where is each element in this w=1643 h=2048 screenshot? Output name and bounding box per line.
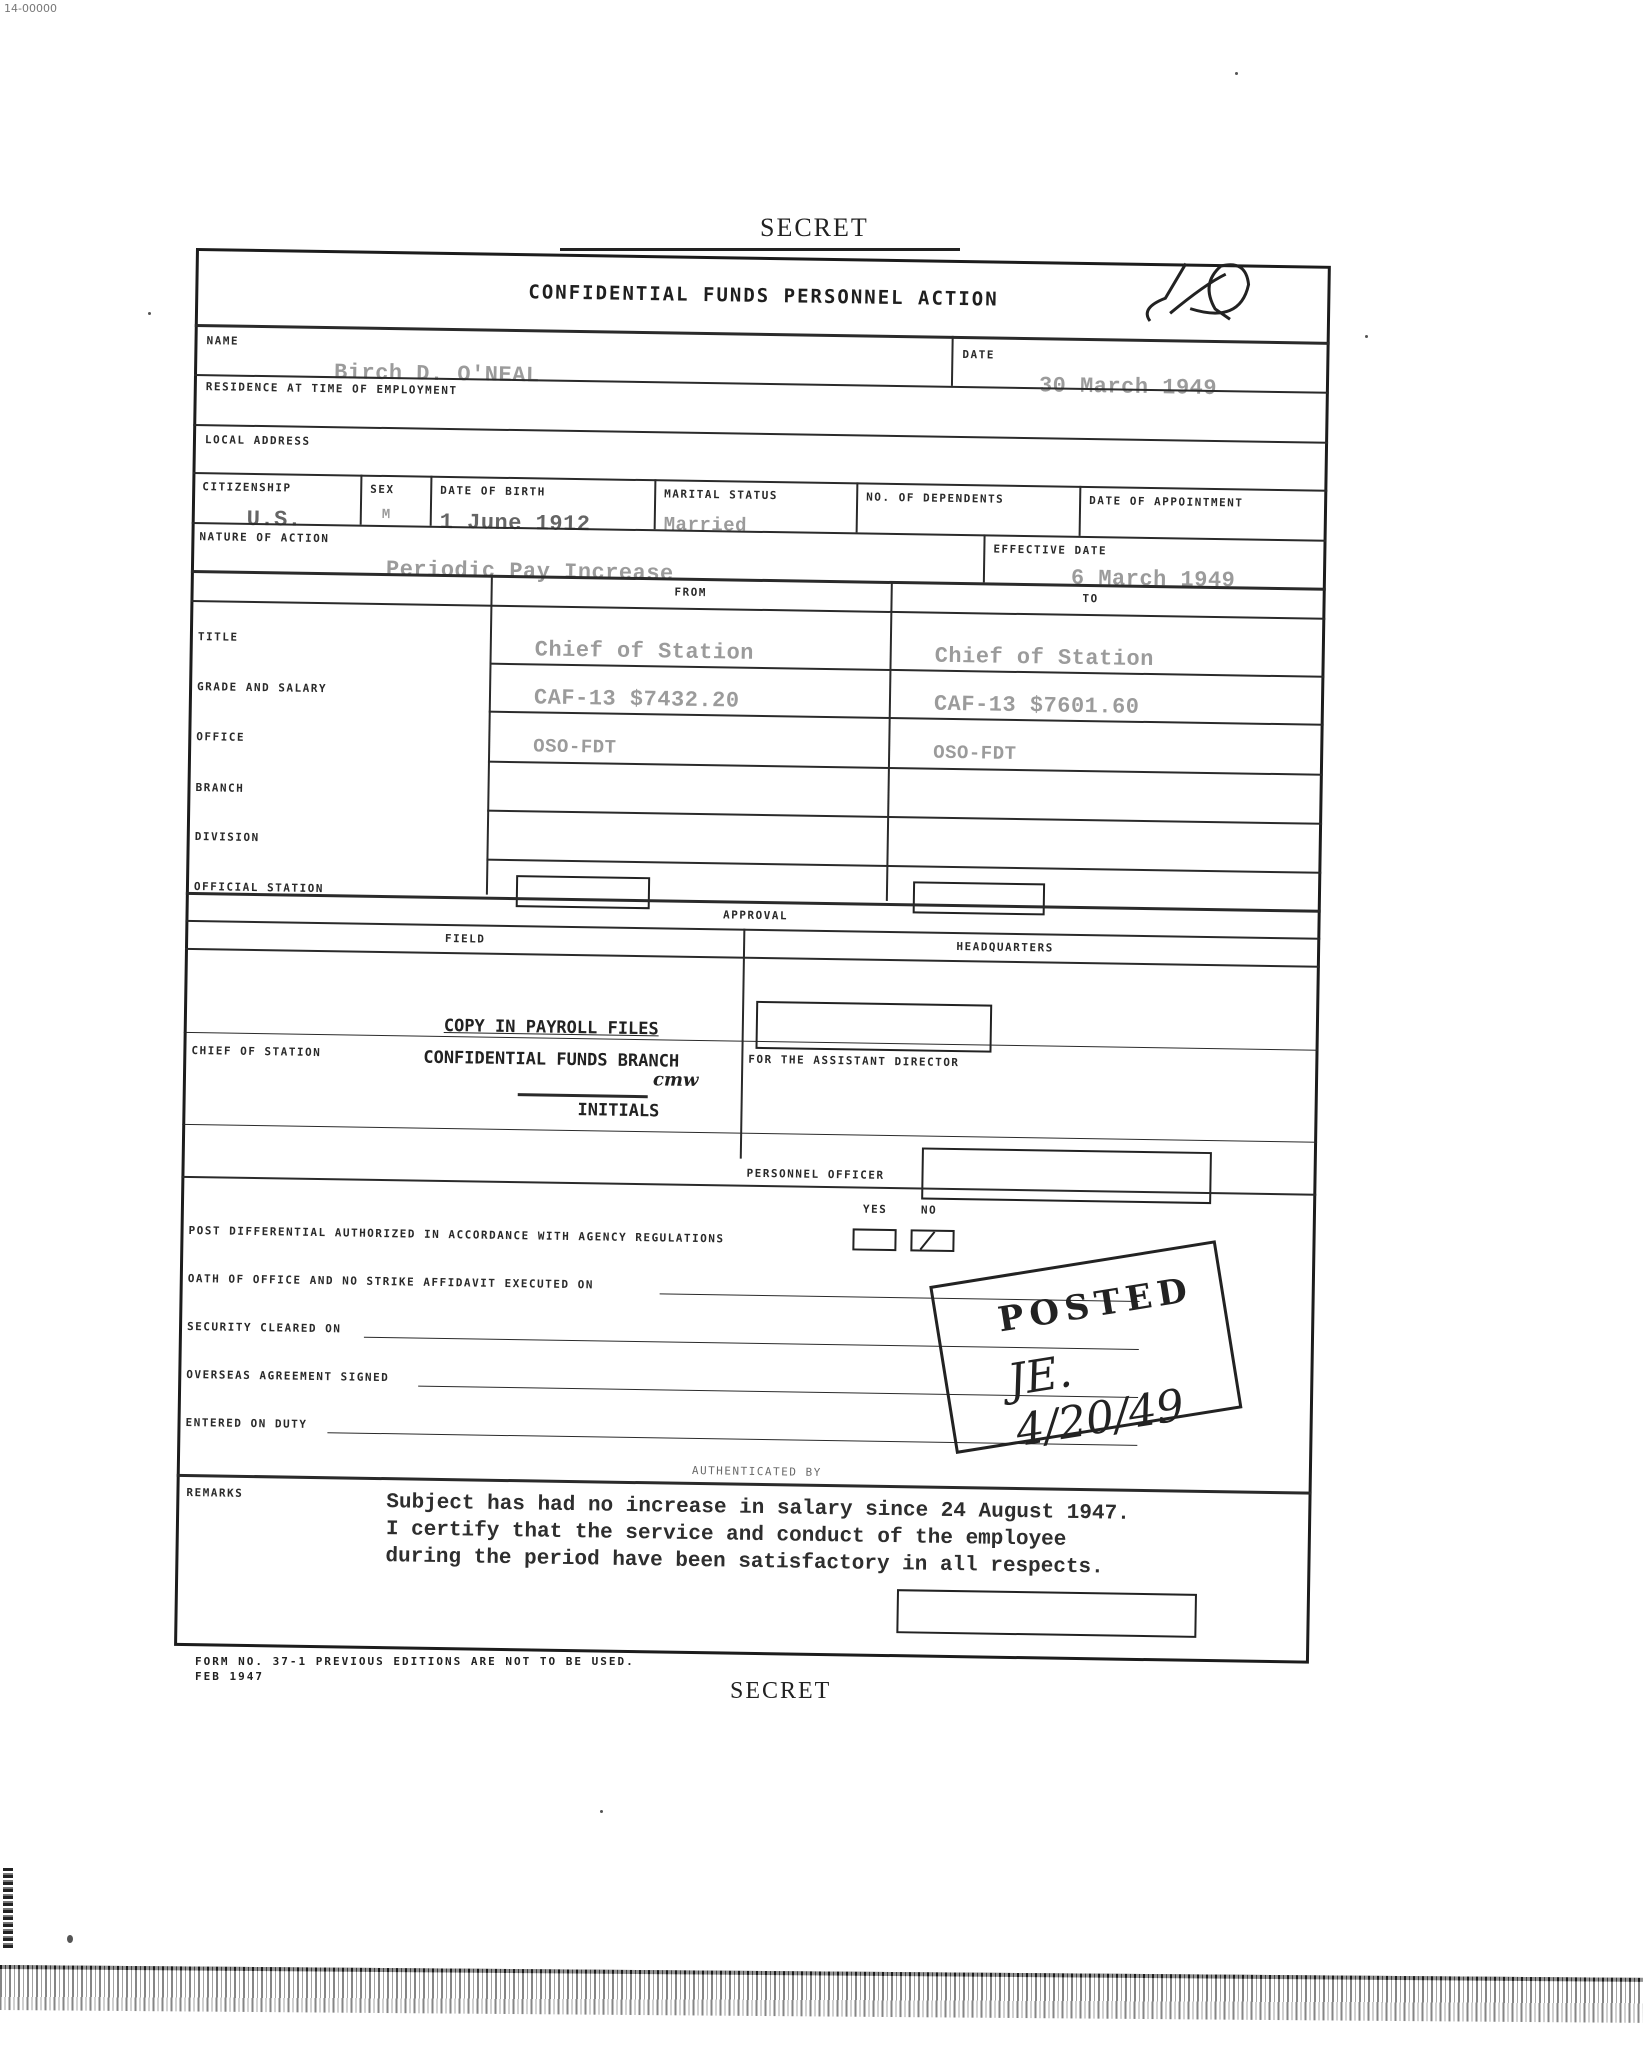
division-label: DIVISION <box>195 830 260 844</box>
remarks-text: Subject has had no increase in salary si… <box>385 1489 1130 1582</box>
remarks-label: REMARKS <box>186 1486 243 1500</box>
office-label: OFFICE <box>196 730 245 744</box>
dependents-label: NO. OF DEPENDENTS <box>866 491 1004 506</box>
confidential-funds-stamp: CONFIDENTIAL FUNDS BRANCH <box>423 1048 679 1072</box>
post-differential-no-checkbox[interactable] <box>910 1229 954 1252</box>
title-to-value: Chief of Station <box>934 644 1154 672</box>
copy-payroll-stamp: COPY IN PAYROLL FILES <box>444 1016 659 1039</box>
redaction-box <box>516 875 650 909</box>
form-border <box>174 248 1331 1664</box>
yes-label: YES <box>863 1203 888 1216</box>
headquarters-header: HEADQUARTERS <box>956 940 1054 955</box>
branch-label: BRANCH <box>195 781 244 795</box>
redaction-box <box>913 881 1045 915</box>
document-id: 14-00000 <box>4 2 57 15</box>
dob-label: DATE OF BIRTH <box>440 484 546 499</box>
speck <box>67 1935 73 1943</box>
scan-artifact <box>3 1868 13 1948</box>
to-header: TO <box>1082 592 1098 605</box>
grade-from-value: CAF-13 $7432.20 <box>534 685 740 713</box>
sex-label: SEX <box>370 483 395 496</box>
personnel-action-form: CONFIDENTIAL FUNDS PERSONNEL ACTION NAME… <box>174 248 1331 1664</box>
grade-to-value: CAF-13 $7601.60 <box>934 692 1140 720</box>
scan-artifact <box>0 1965 1643 2023</box>
classification-top: SECRET <box>760 213 869 243</box>
approval-header: APPROVAL <box>723 908 788 922</box>
citizenship-value: U.S. <box>247 507 302 533</box>
check-slash-icon <box>912 1231 952 1250</box>
name-label: NAME <box>206 334 239 348</box>
authenticated-by-label: AUTHENTICATED BY <box>692 1464 822 1479</box>
personnel-officer-label: PERSONNEL OFFICER <box>746 1167 884 1182</box>
entered-on-duty-label: ENTERED ON DUTY <box>185 1416 307 1431</box>
form-number: FORM NO. 37-1 PREVIOUS EDITIONS ARE NOT … <box>195 1655 635 1668</box>
title-row-label: TITLE <box>198 630 239 644</box>
sex-value: M <box>382 507 391 523</box>
handwritten-initials-icon <box>1130 253 1261 340</box>
effective-date-value: 6 March 1949 <box>1071 566 1236 594</box>
effective-date-label: EFFECTIVE DATE <box>993 543 1107 558</box>
top-rule <box>560 248 960 251</box>
marital-status-value: Married <box>664 513 748 536</box>
grade-salary-label: GRADE AND SALARY <box>197 680 327 695</box>
dob-value: 1 June 1912 <box>440 510 591 537</box>
from-header: FROM <box>674 586 707 600</box>
initials-label: INITIALS <box>577 1100 659 1121</box>
initials-mark: cmw <box>653 1069 699 1091</box>
nature-of-action-label: NATURE OF ACTION <box>199 530 329 545</box>
redaction-box <box>921 1148 1212 1205</box>
classification-bottom: SECRET <box>730 1678 831 1705</box>
speck <box>1235 72 1238 75</box>
title-from-value: Chief of Station <box>535 637 755 665</box>
local-address-label: LOCAL ADDRESS <box>205 433 311 448</box>
field-header: FIELD <box>445 932 486 946</box>
speck <box>148 312 151 315</box>
speck <box>600 1810 603 1813</box>
appointment-date-label: DATE OF APPOINTMENT <box>1089 494 1244 509</box>
nature-of-action-value: Periodic Pay Increase <box>386 557 674 587</box>
office-to-value: OSO-FDT <box>933 742 1017 765</box>
citizenship-label: CITIZENSHIP <box>202 480 292 494</box>
marital-status-label: MARITAL STATUS <box>664 487 778 502</box>
date-label: DATE <box>962 348 995 362</box>
speck <box>1365 335 1368 338</box>
post-differential-yes-checkbox[interactable] <box>852 1228 896 1251</box>
redaction-box <box>896 1589 1197 1638</box>
form-date: FEB 1947 <box>195 1670 264 1683</box>
office-from-value: OSO-FDT <box>533 735 617 758</box>
security-label: SECURITY CLEARED ON <box>187 1320 342 1335</box>
chief-of-station-label: CHIEF OF STATION <box>191 1044 321 1059</box>
no-label: NO <box>921 1204 937 1217</box>
